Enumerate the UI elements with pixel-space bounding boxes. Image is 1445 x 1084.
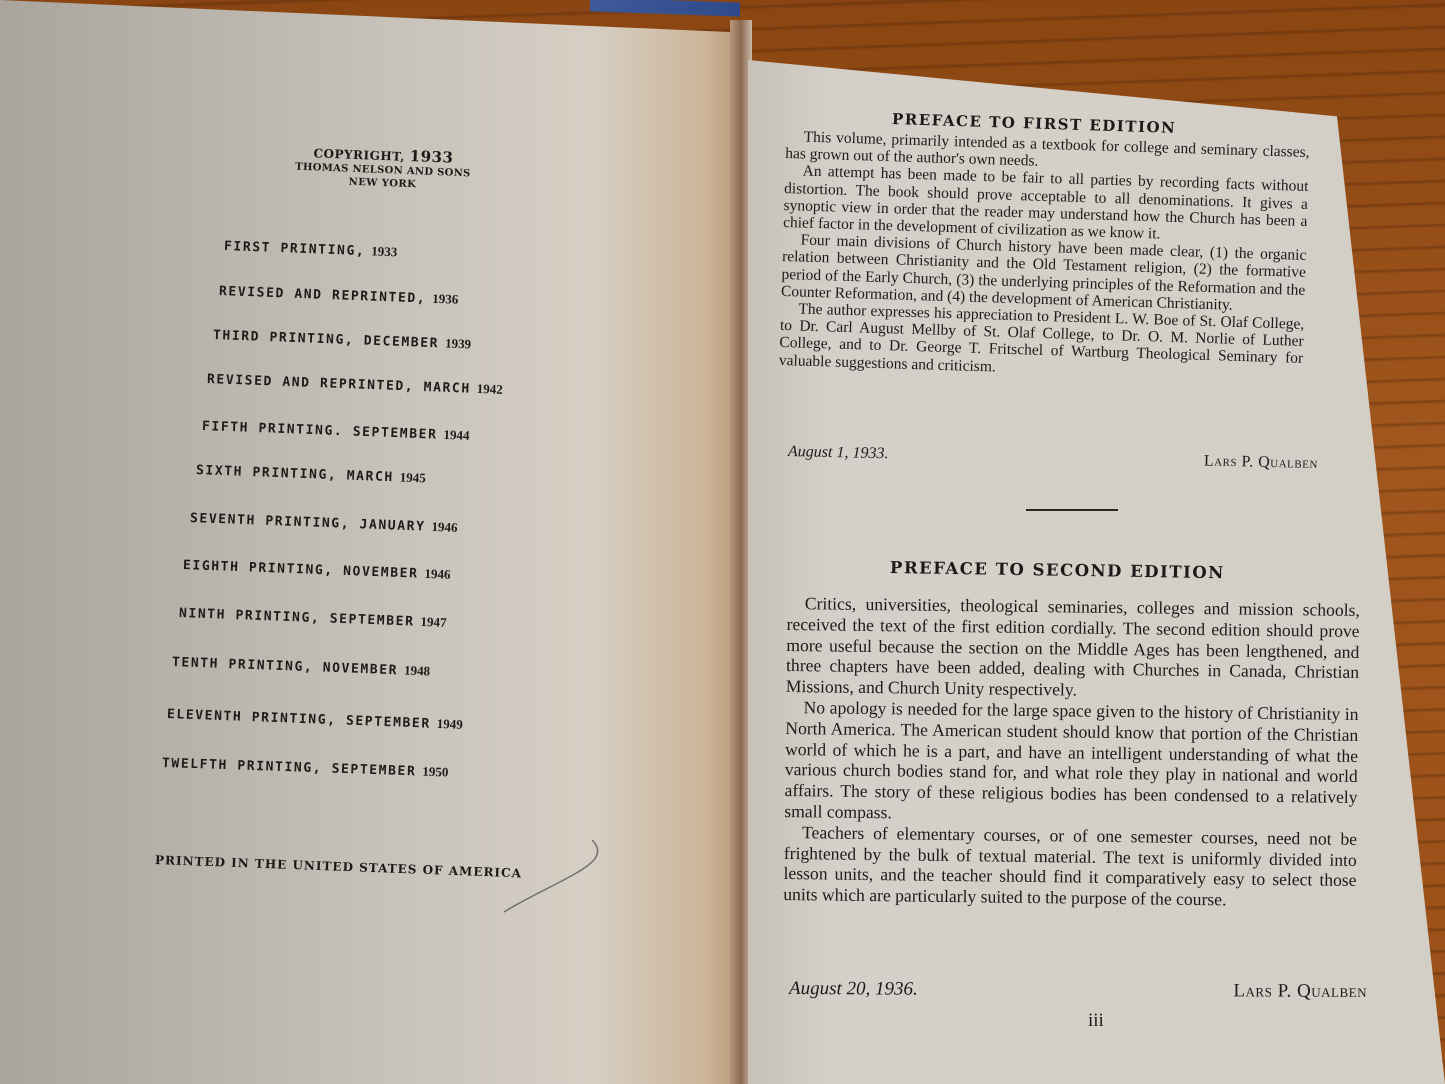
preface-second-signature: August 20, 1936. Lars P. Qualben: [789, 978, 1367, 1003]
paragraph: No apology is needed for the large space…: [784, 697, 1358, 829]
preface-first-body: This volume, primarily intended as a tex…: [779, 128, 1310, 385]
paragraph: Critics, universities, theological semin…: [786, 593, 1360, 704]
copyright-label: COPYRIGHT,: [313, 146, 405, 164]
signature-date: August 20, 1936.: [789, 978, 918, 1001]
stray-hair: [500, 830, 610, 920]
paragraph: Teachers of elementary courses, or of on…: [783, 822, 1357, 912]
preface-second-body: Critics, universities, theological semin…: [783, 593, 1360, 912]
signature-author: Lars P. Qualben: [1233, 980, 1367, 1003]
copyright-year: 1933: [409, 147, 453, 167]
copyright-notice: COPYRIGHT, 1933 THOMAS NELSON AND SONS N…: [277, 142, 488, 193]
signature-date: August 1, 1933.: [788, 443, 889, 463]
section-divider: [1026, 509, 1118, 511]
signature-author: Lars P. Qualben: [1204, 452, 1318, 473]
page-number: iii: [1088, 1010, 1104, 1032]
